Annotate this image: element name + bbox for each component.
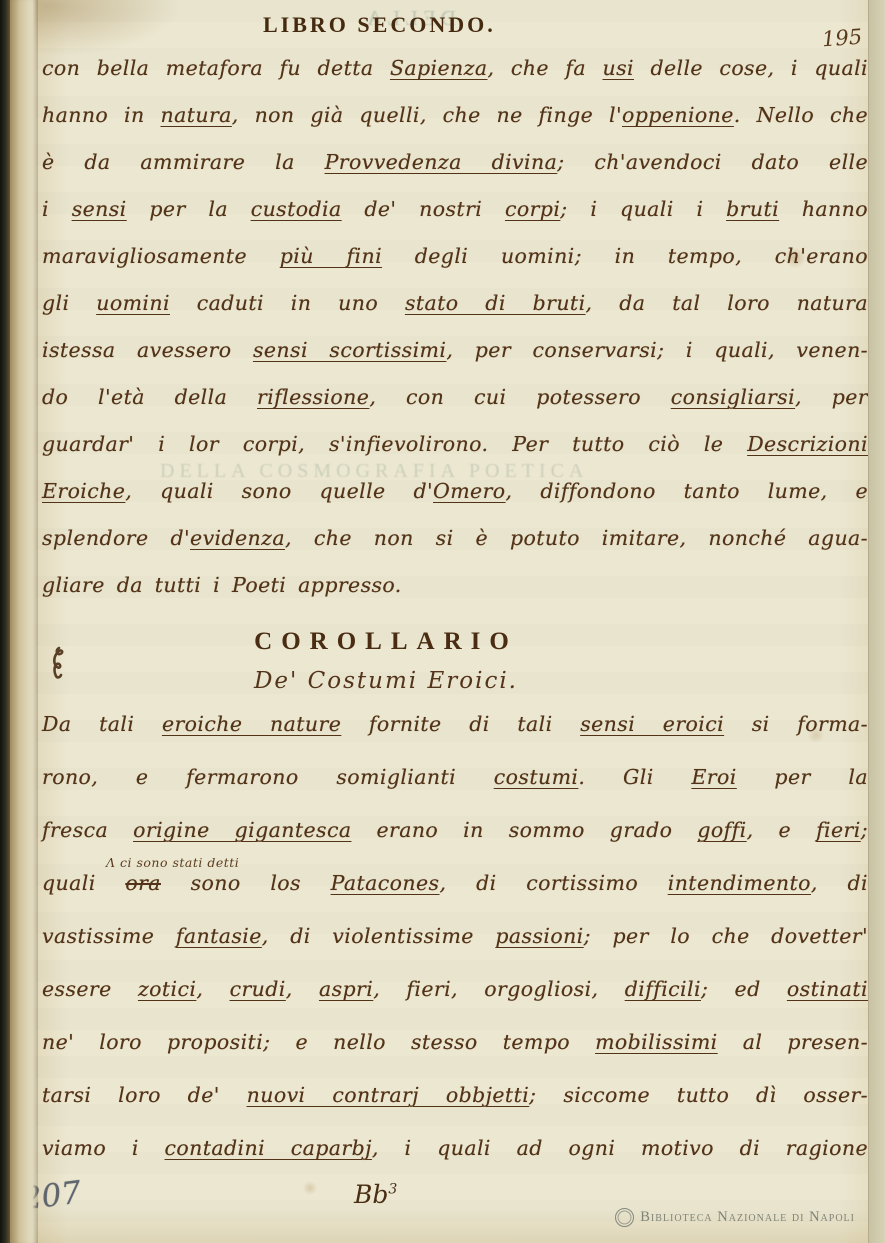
manuscript-line: ne' loro propositi; e nello stesso tempo… — [42, 1030, 868, 1083]
running-header-title: LIBRO SECONDO. — [263, 12, 496, 38]
book-binding-gutter — [0, 0, 10, 1243]
manuscript-line: splendore d'evidenza, che non si è potut… — [42, 526, 868, 573]
manuscript-paragraph-1: con bella metafora fu detta Sapienza, ch… — [42, 56, 868, 620]
library-watermark-label: Biblioteca Nazionale di Napoli — [640, 1209, 855, 1226]
manuscript-line: gliare da tutti i Poeti appresso. — [42, 573, 868, 620]
page-right-fore-edge — [868, 0, 885, 1243]
manuscript-line: Eroiche, quali sono quelle d'Omero, diff… — [42, 479, 868, 526]
manuscript-line: rono, e fermarono somiglianti costumi. G… — [42, 765, 868, 818]
manuscript-line: con bella metafora fu detta Sapienza, ch… — [42, 56, 868, 103]
signature-letters: Bb — [354, 1180, 388, 1209]
manuscript-line: è da ammirare la Provvedenza divina; ch'… — [42, 150, 868, 197]
library-watermark: Biblioteca Nazionale di Napoli — [615, 1208, 855, 1227]
manuscript-line: hanno in natura, non già quelli, che ne … — [42, 103, 868, 150]
folio-number: 195 — [821, 25, 863, 52]
manuscript-line: i sensi per la custodia de' nostri corpi… — [42, 197, 868, 244]
manuscript-line: guardar' i lor corpi, s'infievolirono. P… — [42, 432, 868, 479]
manuscript-line: tarsi loro de' nuovi contrarj obbjetti; … — [42, 1083, 868, 1136]
manuscript-line: istessa avessero sensi scortissimi, per … — [42, 338, 868, 385]
signature-superscript: 3 — [388, 1182, 397, 1198]
manuscript-line: do l'età della riflessione, con cui pote… — [42, 385, 868, 432]
page-left-edge — [10, 0, 38, 1243]
manuscript-line: Da tali eroiche nature fornite di tali s… — [42, 712, 868, 765]
manuscript-line: maravigliosamente più fini degli uomini;… — [42, 244, 868, 291]
signature-mark: Bb3 — [354, 1180, 397, 1209]
manuscript-line: viamo i contadini caparbj, i quali ad og… — [42, 1136, 868, 1189]
manuscript-page-scan: DELLA DELLA COSMOGRAFIA POETICA LIBRO SE… — [10, 0, 885, 1243]
corollario-subheading: De' Costumi Eroici. — [40, 668, 732, 694]
manuscript-line: quali ora sono los Patacones, di cortiss… — [42, 871, 868, 924]
manuscript-line: gli uomini caduti in uno stato di bruti,… — [42, 291, 868, 338]
manuscript-line: vastissime fantasie, di violentissime pa… — [42, 924, 868, 977]
manuscript-line: essere zotici, crudi, aspri, fieri, orgo… — [42, 977, 868, 1030]
corollario-heading: COROLLARIO — [40, 628, 732, 656]
manuscript-line: fresca origine gigantesca erano in sommo… — [42, 818, 868, 871]
library-roundel-icon — [615, 1208, 634, 1227]
margin-ink-mark — [50, 646, 66, 680]
manuscript-paragraph-2: Da tali eroiche nature fornite di tali s… — [42, 712, 868, 1189]
